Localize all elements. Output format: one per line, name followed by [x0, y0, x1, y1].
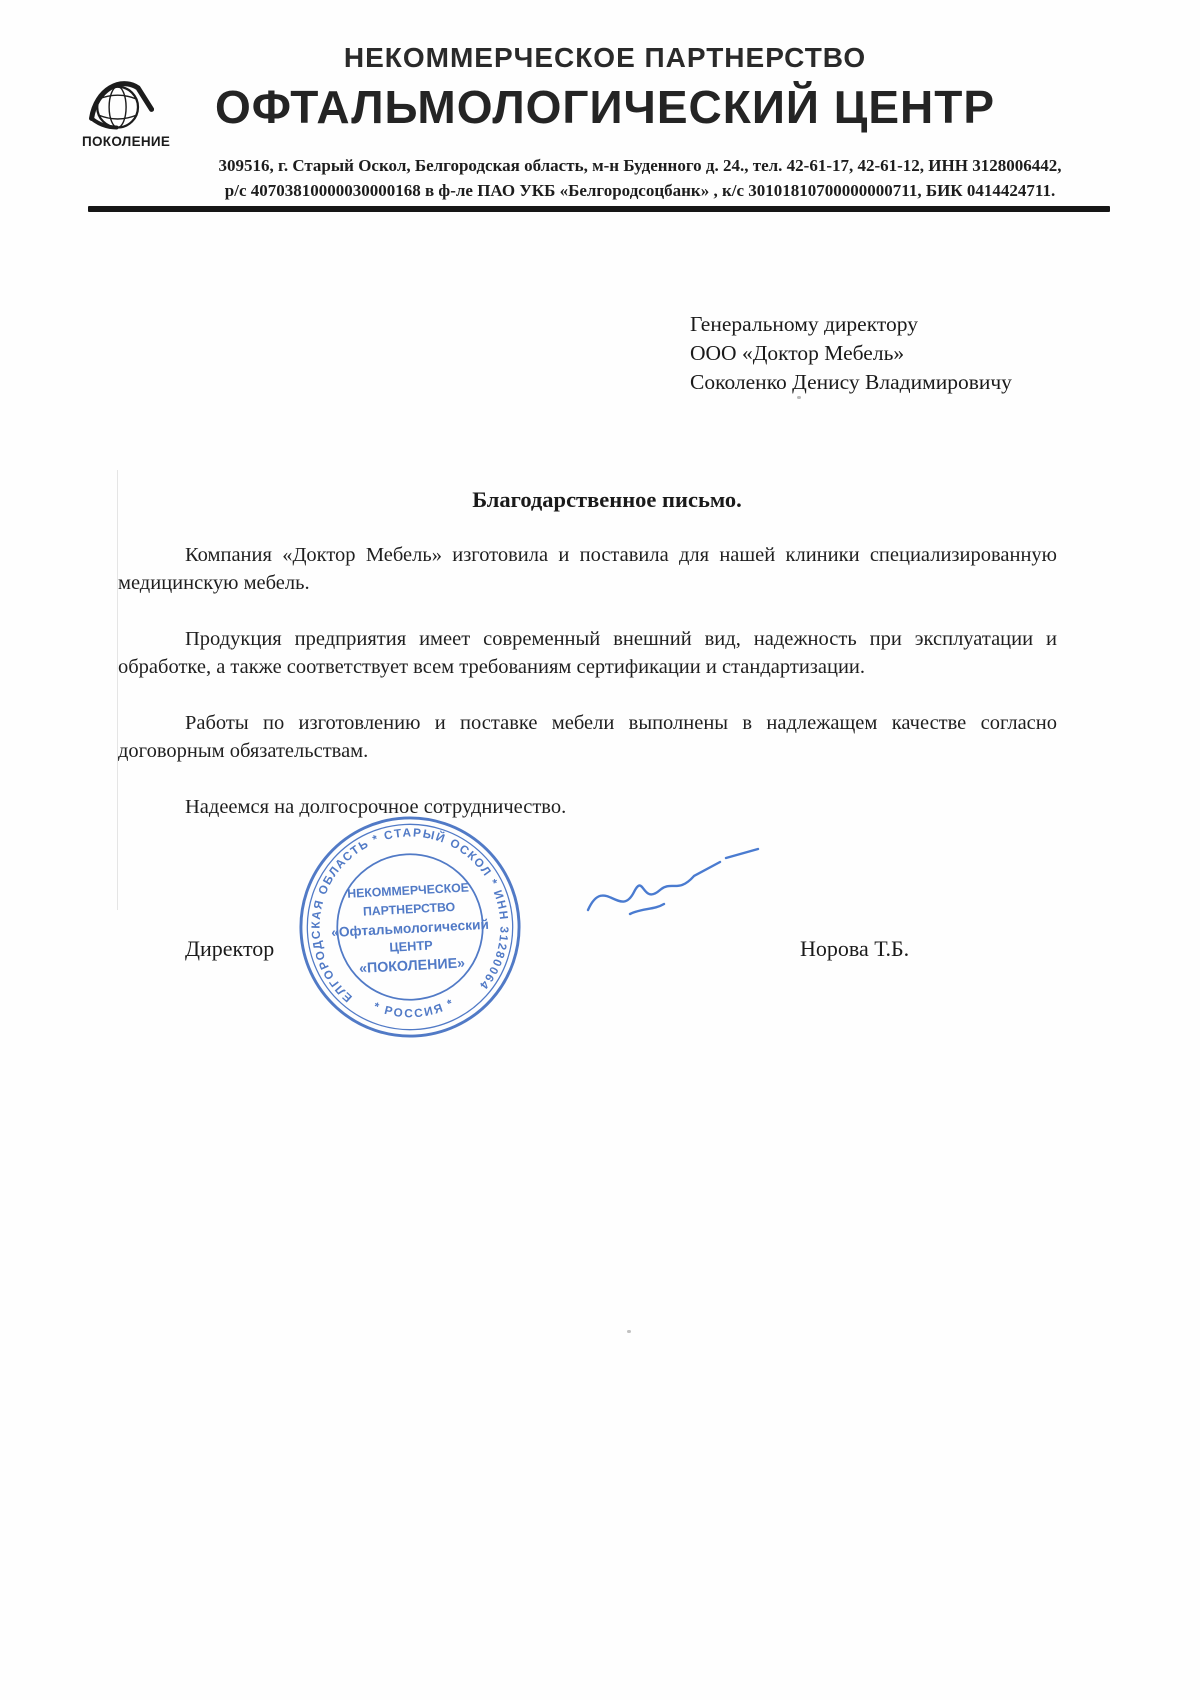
pen-signature-icon	[570, 834, 780, 939]
scan-speck	[797, 396, 801, 399]
stamp-center-line-3: «Офтальмологический	[331, 917, 489, 940]
paragraph-2: Продукция предприятия имеет современный …	[118, 625, 1057, 681]
stamp-center-line-1: НЕКОММЕРЧЕСКОЕ	[347, 880, 469, 900]
letter-page: ПОКОЛЕНИЕ НЕКОММЕРЧЕСКОЕ ПАРТНЕРСТВО ОФТ…	[0, 0, 1200, 1700]
recipient-line-3: Соколенко Денису Владимировичу	[690, 368, 1012, 397]
stamp-center-line-2: ПАРТНЕРСТВО	[363, 900, 456, 919]
org-name-line: ОФТАЛЬМОЛОГИЧЕСКИЙ ЦЕНТР	[160, 80, 1050, 134]
signature-role: Директор	[185, 936, 274, 962]
stamp-center-line-5: «ПОКОЛЕНИЕ»	[359, 955, 466, 977]
scan-artifact-line	[117, 470, 118, 910]
letterhead-address: 309516, г. Старый Оскол, Белгородская об…	[190, 153, 1090, 203]
letter-title: Благодарственное письмо.	[118, 487, 1096, 513]
paragraph-3: Работы по изготовлению и поставке мебели…	[118, 709, 1057, 765]
round-stamp: БЕЛГОРОДСКАЯ ОБЛАСТЬ * СТАРЫЙ ОСКОЛ * ИН…	[291, 808, 529, 1046]
scan-speck	[627, 1330, 631, 1333]
paragraph-4: Надеемся на долгосрочное сотрудничество.	[118, 793, 1057, 821]
recipient-line-1: Генеральному директору	[690, 310, 1012, 339]
recipient-line-2: ООО «Доктор Мебель»	[690, 339, 1012, 368]
logo-label: ПОКОЛЕНИЕ	[82, 134, 160, 149]
eye-globe-logo-icon	[82, 72, 160, 132]
letter-body: Компания «Доктор Мебель» изготовила и по…	[118, 541, 1057, 849]
stamp-center-line-4: ЦЕНТР	[389, 937, 434, 954]
signature-name: Норова Т.Б.	[800, 936, 909, 962]
logo: ПОКОЛЕНИЕ	[82, 72, 160, 149]
address-line-2: р/с 40703810000030000168 в ф-ле ПАО УКБ …	[190, 178, 1090, 203]
address-line-1: 309516, г. Старый Оскол, Белгородская об…	[190, 153, 1090, 178]
org-type-line: НЕКОММЕРЧЕСКОЕ ПАРТНЕРСТВО	[170, 42, 1040, 74]
header-divider	[88, 206, 1110, 212]
paragraph-1: Компания «Доктор Мебель» изготовила и по…	[118, 541, 1057, 597]
recipient-block: Генеральному директору ООО «Доктор Мебел…	[690, 310, 1012, 397]
